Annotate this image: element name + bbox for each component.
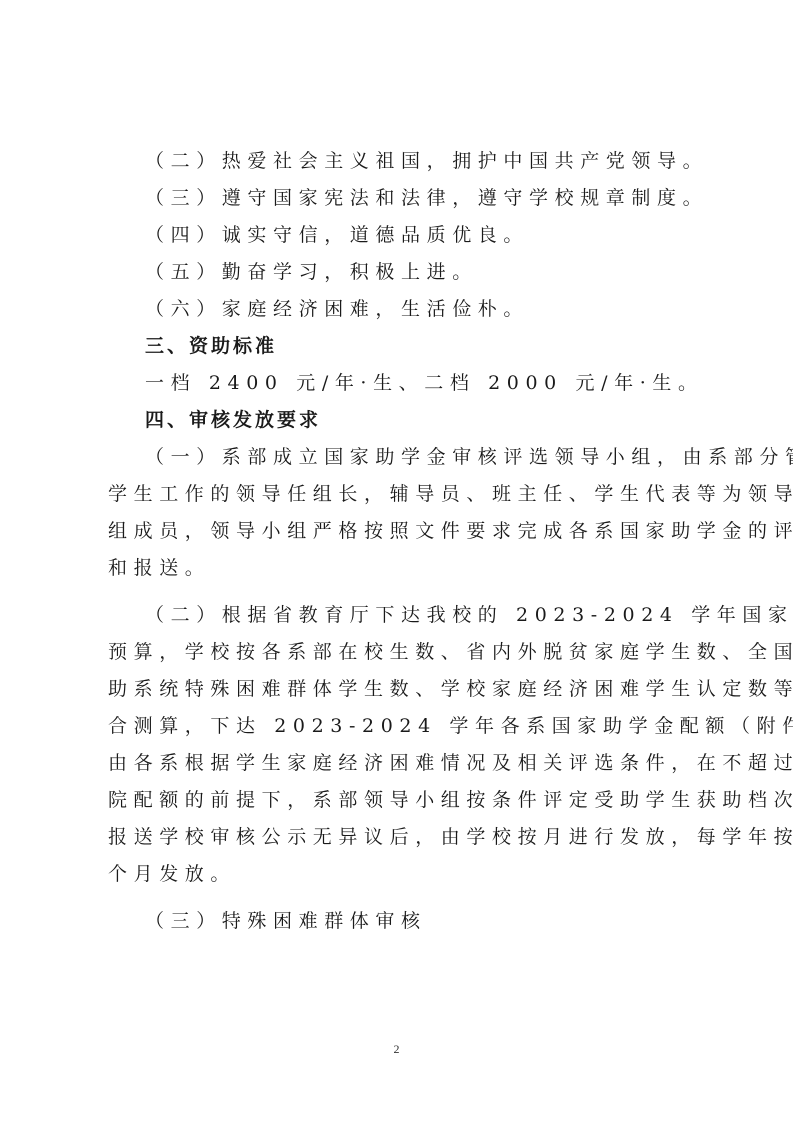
paragraph-line: 个月发放。 [108, 856, 694, 893]
paragraph-gap [108, 893, 694, 903]
document-page: （二）热爱社会主义祖国，拥护中国共产党领导。 （三）遵守国家宪法和法律，遵守学校… [108, 143, 694, 940]
paragraph-line: 学生工作的领导任组长，辅导员、班主任、学生代表等为领导小 [108, 476, 694, 513]
paragraph-line: （三）特殊困难群体审核 [108, 903, 694, 940]
section-3-heading: 三、资助标准 [108, 328, 694, 365]
paragraph-line: 由各系根据学生家庭经济困难情况及相关评选条件，在不超过学 [108, 745, 694, 782]
paragraph-line: （一）系部成立国家助学金审核评选领导小组，由系部分管 [108, 439, 694, 476]
page-number: 2 [0, 1042, 793, 1057]
paragraph-line: 报送学校审核公示无异议后，由学校按月进行发放，每学年按 8 [108, 819, 694, 856]
paragraph-line: 院配额的前提下，系部领导小组按条件评定受助学生获助档次， [108, 782, 694, 819]
paragraph-line: 组成员，领导小组严格按照文件要求完成各系国家助学金的评审 [108, 513, 694, 550]
criteria-item-2: （二）热爱社会主义祖国，拥护中国共产党领导。 [108, 143, 694, 180]
paragraph-line: 助系统特殊困难群体学生数、学校家庭经济困难学生认定数等综 [108, 671, 694, 708]
section-4-paragraph-1: （一）系部成立国家助学金审核评选领导小组，由系部分管 学生工作的领导任组长，辅导… [108, 439, 694, 587]
paragraph-line: 合测算，下达 2023-2024 学年各系国家助学金配额（附件 1）， [108, 708, 694, 745]
criteria-item-4: （四）诚实守信，道德品质优良。 [108, 217, 694, 254]
paragraph-line: （二）根据省教育厅下达我校的 2023-2024 学年国家助学金 [108, 597, 694, 634]
criteria-item-5: （五）勤奋学习，积极上进。 [108, 254, 694, 291]
paragraph-line: 预算，学校按各系部在校生数、省内外脱贫家庭学生数、全国资 [108, 634, 694, 671]
section-4-paragraph-2: （二）根据省教育厅下达我校的 2023-2024 学年国家助学金 预算，学校按各… [108, 597, 694, 893]
section-4-paragraph-3: （三）特殊困难群体审核 [108, 903, 694, 940]
section-3-text: 一档 2400 元/年·生、二档 2000 元/年·生。 [108, 365, 694, 402]
paragraph-line: 和报送。 [108, 550, 694, 587]
criteria-item-3: （三）遵守国家宪法和法律，遵守学校规章制度。 [108, 180, 694, 217]
criteria-item-6: （六）家庭经济困难，生活俭朴。 [108, 291, 694, 328]
section-4-heading: 四、审核发放要求 [108, 402, 694, 439]
paragraph-gap [108, 587, 694, 597]
